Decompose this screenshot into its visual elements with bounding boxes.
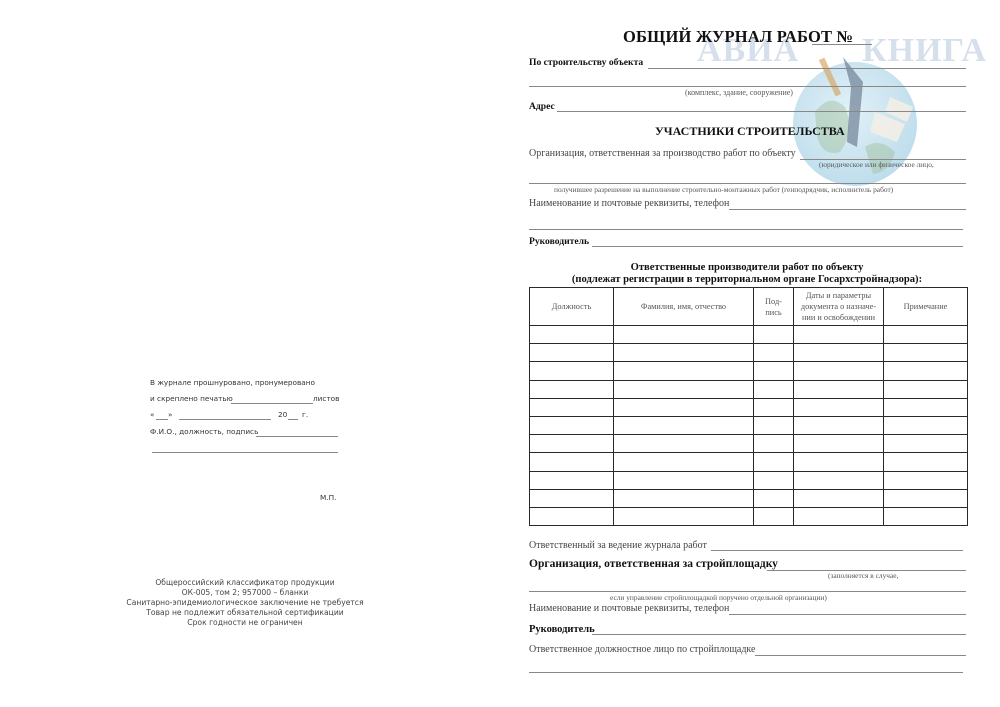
watermark-right: КНИГА: [862, 32, 987, 70]
table-cell[interactable]: [884, 398, 968, 416]
table-cell[interactable]: [530, 507, 614, 525]
table-cell[interactable]: [530, 326, 614, 344]
table-row: [530, 398, 968, 416]
table-cell[interactable]: [884, 471, 968, 489]
table-cell[interactable]: [614, 398, 754, 416]
table-cell[interactable]: [884, 435, 968, 453]
table-cell[interactable]: [530, 471, 614, 489]
table-cell[interactable]: [614, 489, 754, 507]
table-cell[interactable]: [754, 507, 794, 525]
object-field-extra[interactable]: [529, 86, 966, 87]
table-cell[interactable]: [754, 326, 794, 344]
table-title-line2: (подлежат регистрации в территориальном …: [527, 274, 967, 286]
table-cell[interactable]: [614, 453, 754, 471]
table-cell[interactable]: [884, 344, 968, 362]
stamp-label: М.П.: [320, 493, 336, 502]
footer-line: Общероссийский классификатор продукции: [115, 578, 375, 588]
table-cell[interactable]: [884, 326, 968, 344]
sheets-label: листов: [313, 394, 339, 403]
footer-line: Товар не подлежит обязательной сертифика…: [115, 608, 375, 618]
table-row: [530, 344, 968, 362]
table-cell[interactable]: [614, 344, 754, 362]
table-cell[interactable]: [794, 344, 884, 362]
object-label: По строительству объекта: [529, 57, 643, 68]
table-cell[interactable]: [614, 326, 754, 344]
org-responsible-hint: (юридическое или физическое лицо,: [819, 160, 934, 169]
date-close-quote: »: [168, 410, 172, 419]
address-field[interactable]: [557, 111, 966, 112]
table-row: [530, 416, 968, 434]
table-row: [530, 380, 968, 398]
org-responsible-label: Организация, ответственная за производст…: [529, 148, 796, 159]
stitch-note-line1: В журнале прошнуровано, пронумеровано: [150, 378, 315, 387]
table-cell[interactable]: [530, 416, 614, 434]
table-cell[interactable]: [754, 471, 794, 489]
table-cell[interactable]: [614, 380, 754, 398]
table-row: [530, 362, 968, 380]
table-cell[interactable]: [754, 380, 794, 398]
table-cell[interactable]: [614, 507, 754, 525]
site-name-contacts-field[interactable]: [729, 614, 966, 615]
site-director-field[interactable]: [592, 634, 966, 635]
table-cell[interactable]: [794, 362, 884, 380]
table-cell[interactable]: [794, 453, 884, 471]
site-org-hint2: если управление стройплощадкой поручено …: [610, 593, 827, 602]
table-cell[interactable]: [754, 489, 794, 507]
stitch-note-prefix: и скреплено печатью: [150, 394, 233, 403]
col-document-dates: Даты и параметры документа о назначе-нии…: [794, 288, 884, 326]
year-field[interactable]: [288, 419, 298, 420]
year-prefix: 20: [278, 410, 287, 419]
participants-heading: УЧАСТНИКИ СТРОИТЕЛЬСТВА: [655, 124, 845, 139]
table-cell[interactable]: [614, 435, 754, 453]
table-cell[interactable]: [884, 362, 968, 380]
table-cell[interactable]: [614, 416, 754, 434]
table-cell[interactable]: [530, 489, 614, 507]
table-cell[interactable]: [794, 416, 884, 434]
col-signature: Под- пись: [754, 288, 794, 326]
date-open-quote: «: [150, 410, 154, 419]
footer-line: ОК-005, том 2; 957000 – бланки: [115, 588, 375, 598]
signature-label: Ф.И.О., должность, подпись: [150, 427, 258, 436]
address-label: Адрес: [529, 101, 555, 112]
org-responsible-hint2: получившее разрешение на выполнение стро…: [554, 185, 893, 194]
table-cell[interactable]: [884, 453, 968, 471]
stitch-note-line2: и скреплено печатью: [150, 394, 233, 403]
table-title: Ответственные производители работ по объ…: [527, 262, 967, 286]
table-cell[interactable]: [530, 453, 614, 471]
table-cell[interactable]: [884, 507, 968, 525]
table-cell[interactable]: [794, 326, 884, 344]
signature-field-extra[interactable]: [152, 452, 338, 453]
table-cell[interactable]: [614, 471, 754, 489]
table-row: [530, 435, 968, 453]
year-suffix: г.: [302, 410, 308, 419]
table-cell[interactable]: [754, 416, 794, 434]
table-cell[interactable]: [794, 471, 884, 489]
table-title-line1: Ответственные производители работ по объ…: [527, 262, 967, 274]
table-row: [530, 326, 968, 344]
journal-number-field[interactable]: [812, 44, 872, 45]
table-cell[interactable]: [754, 344, 794, 362]
footer-line: Срок годности не ограничен: [115, 618, 375, 628]
director-label: Руководитель: [529, 236, 589, 247]
table-cell[interactable]: [794, 435, 884, 453]
name-contacts-field[interactable]: [729, 209, 966, 210]
journal-keeper-label: Ответственный за ведение журнала работ: [529, 540, 707, 551]
org-responsible-field-extra[interactable]: [529, 183, 966, 184]
table-row: [530, 471, 968, 489]
site-official-field[interactable]: [755, 655, 966, 656]
table-cell[interactable]: [884, 489, 968, 507]
object-field[interactable]: [648, 68, 966, 69]
table-cell[interactable]: [754, 453, 794, 471]
table-cell[interactable]: [614, 362, 754, 380]
col-notes: Примечание: [884, 288, 968, 326]
col-position: Должность: [530, 288, 614, 326]
globe-logo-icon: [785, 52, 925, 192]
table-row: [530, 453, 968, 471]
table-row: [530, 489, 968, 507]
table-cell[interactable]: [530, 362, 614, 380]
table-cell[interactable]: [530, 344, 614, 362]
footer-line: Санитарно-эпидемиологическое заключение …: [115, 598, 375, 608]
table-cell[interactable]: [530, 435, 614, 453]
table-cell[interactable]: [884, 380, 968, 398]
product-info-footer: Общероссийский классификатор продукции О…: [115, 578, 375, 628]
table-header-row: Должность Фамилия, имя, отчество Под- пи…: [530, 288, 968, 326]
table-row: [530, 507, 968, 525]
site-official-label: Ответственное должностное лицо по стройп…: [529, 644, 755, 655]
object-hint: (комплекс, здание, сооружение): [685, 88, 793, 97]
table-cell[interactable]: [754, 362, 794, 380]
col-full-name: Фамилия, имя, отчество: [614, 288, 754, 326]
table-cell[interactable]: [794, 380, 884, 398]
signature-field[interactable]: [256, 436, 338, 437]
responsible-producers-table: Должность Фамилия, имя, отчество Под- пи…: [529, 287, 968, 526]
site-org-label: Организация, ответственная за стройплоща…: [529, 558, 778, 570]
table-cell[interactable]: [794, 507, 884, 525]
table-cell[interactable]: [794, 398, 884, 416]
table-cell[interactable]: [754, 435, 794, 453]
director-field[interactable]: [592, 246, 963, 247]
site-name-contacts-label: Наименование и почтовые реквизиты, телеф…: [529, 603, 729, 614]
month-field[interactable]: [179, 419, 271, 420]
table-cell[interactable]: [530, 380, 614, 398]
table-cell[interactable]: [794, 489, 884, 507]
site-official-field-extra[interactable]: [529, 672, 963, 673]
site-org-field-extra[interactable]: [529, 591, 966, 592]
name-contacts-label: Наименование и почтовые реквизиты, телеф…: [529, 198, 729, 209]
name-contacts-field-extra[interactable]: [529, 229, 963, 230]
day-field[interactable]: [156, 419, 168, 420]
site-director-label: Руководитель: [529, 624, 595, 635]
site-org-hint1: (заполняется в случае,: [828, 571, 898, 580]
journal-keeper-field[interactable]: [711, 550, 963, 551]
table-cell[interactable]: [530, 398, 614, 416]
table-cell[interactable]: [884, 416, 968, 434]
table-cell[interactable]: [754, 398, 794, 416]
sheets-count-field[interactable]: [231, 403, 313, 404]
